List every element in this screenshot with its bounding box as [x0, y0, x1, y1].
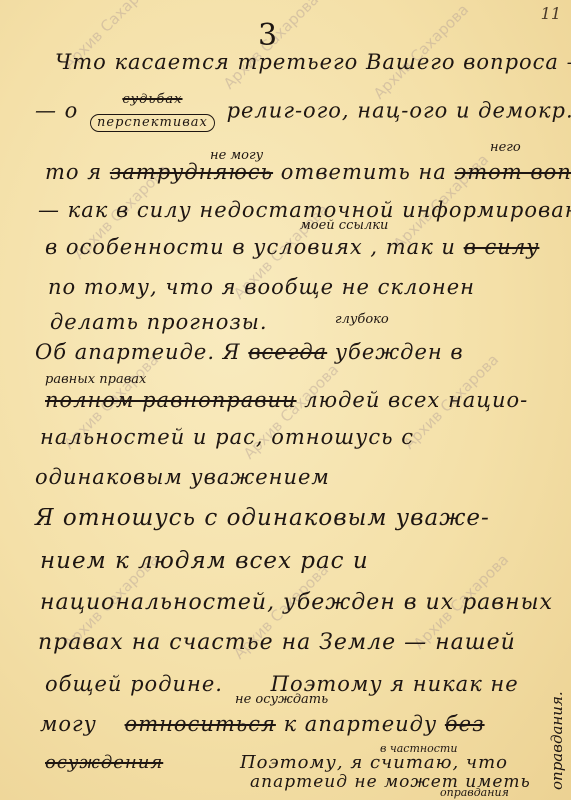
struck-word: затрудняюсь	[110, 160, 273, 184]
line-rest: людей всех нацио-	[304, 388, 528, 412]
line-start: — о	[35, 99, 78, 123]
line-start: Об апартеиде. Я	[35, 340, 241, 364]
struck-word: осуждения	[45, 752, 163, 773]
line-start: общей родине.	[45, 672, 223, 696]
line-start: то я	[45, 160, 102, 184]
struck-word: без	[445, 712, 485, 736]
text-line: национальностей, убежден в их равных	[40, 590, 553, 615]
text-line: нием к людям всех рас и	[40, 548, 369, 574]
inserted-text: оправдания	[440, 786, 509, 799]
text-line: полном равноправии людей всех нацио-	[45, 388, 528, 412]
line-rest: религ-ого, нац-ого и демокр. движ	[227, 99, 571, 123]
struck-word: судьбах	[90, 92, 215, 107]
circled-insert: перспективах	[90, 114, 215, 132]
struck-word: этот вопрос	[454, 160, 571, 184]
struck-word: относиться	[125, 712, 276, 736]
text-line: могу относиться к апартеиду без	[40, 712, 485, 736]
line-rest: ответить на	[281, 160, 447, 184]
struck-word: в силу	[464, 235, 540, 259]
text-line: одинаковым уважением	[35, 465, 330, 489]
text-line: по тому, что я вообще не склонен	[48, 275, 475, 299]
text-line: — о судьбах перспективах религ-ого, нац-…	[35, 92, 571, 132]
page-number: 11	[541, 4, 561, 23]
inserted-text: моей ссылки	[300, 218, 388, 233]
text-line: Я отношусь с одинаковым уваже-	[35, 505, 490, 531]
inserted-text: не осуждать	[235, 692, 328, 707]
text-line: в особенности в условиях , так и в силу	[45, 235, 539, 259]
text-line: нальностей и рас, отношусь с	[40, 425, 414, 449]
text-line: то я затрудняюсь ответить на этот вопрос	[45, 160, 571, 184]
inserted-text: него	[490, 140, 521, 155]
line-start: могу	[40, 712, 97, 736]
line-rest: Поэтому, я считаю, что	[240, 752, 508, 773]
manuscript-page: Архив Сахарова Архив Сахарова Архив Саха…	[0, 0, 571, 800]
line-rest: убежден в	[335, 340, 464, 364]
line-start: в особенности в условиях	[45, 235, 363, 259]
line-rest: , так и	[370, 235, 456, 259]
line-start: нальностей и	[40, 425, 207, 449]
text-line: осуждения Поэтому, я считаю, что	[45, 752, 508, 773]
text-line: делать прогнозы.	[50, 310, 268, 334]
inserted-text: равных правах	[45, 372, 146, 387]
line-rest: рас, отношусь с	[215, 425, 414, 449]
margin-note: оправдания.	[548, 691, 566, 790]
text-line: правах на счастье на Земле — нашей	[38, 630, 516, 655]
text-line: Об апартеиде. Я всегда убежден в	[35, 340, 464, 364]
struck-word: всегда	[248, 340, 327, 364]
text-line: Что касается третьего Вашего вопроса —	[55, 50, 571, 74]
line-rest: к апартеиду	[284, 712, 438, 736]
sheet-number: 3	[258, 18, 277, 53]
struck-word: полном равноправии	[45, 388, 297, 412]
inserted-text: глубоко	[335, 312, 389, 327]
